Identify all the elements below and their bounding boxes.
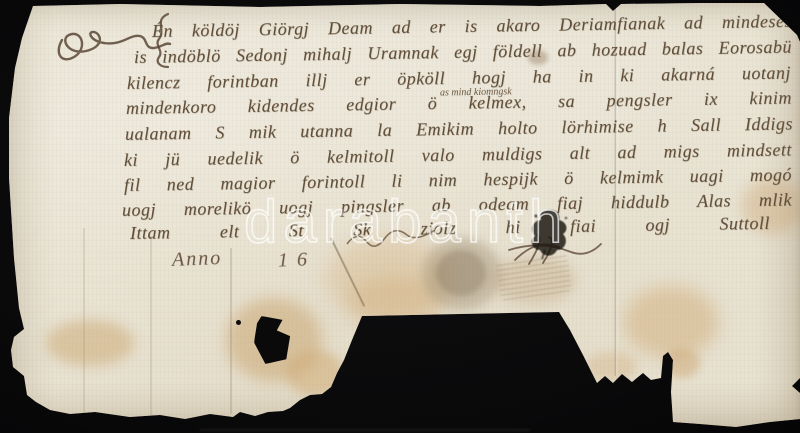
scan-scene: Én köldöj Giörgj Deam ad er is akaro Der… — [0, 0, 800, 433]
watermark-text: darabanth — [244, 192, 568, 252]
scanner-artifact — [200, 429, 530, 431]
